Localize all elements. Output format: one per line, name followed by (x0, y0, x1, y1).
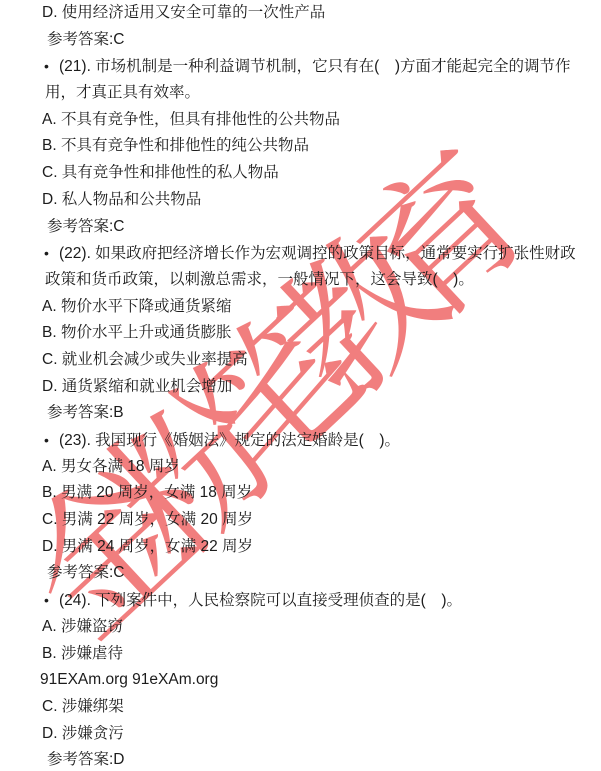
question-text: (23). 我国现行《婚姻法》规定的法定婚龄是( )。 (59, 432, 400, 449)
question-line: •(23). 我国现行《婚姻法》规定的法定婚龄是( )。 (0, 427, 601, 454)
answer-line: 参考答案:B (0, 400, 601, 427)
option-line: D. 男满 24 周岁，女满 22 周岁 (0, 534, 601, 561)
question-line: •(22). 如果政府把经济增长作为宏观调控的政策目标，通常要实行扩张性财政 (0, 240, 601, 267)
answer-line: 参考答案:C (0, 214, 601, 241)
question-text: (24). 下列案件中，人民检察院可以直接受理侦查的是( )。 (59, 592, 462, 609)
option-line: D. 使用经济适用又安全可靠的一次性产品 (0, 0, 601, 27)
option-line: C. 具有竞争性和排他性的私人物品 (0, 160, 601, 187)
site-reference-line: 91EXAm.org 91eXAm.org (0, 667, 601, 694)
bullet-icon: • (44, 587, 59, 614)
answer-line: 参考答案:C (0, 27, 601, 54)
bullet-icon: • (44, 240, 59, 267)
document-content: D. 使用经济适用又安全可靠的一次性产品参考答案:C•(21). 市场机制是一种… (0, 0, 601, 771)
option-line: A. 不具有竞争性，但具有排他性的公共物品 (0, 107, 601, 134)
option-line: D. 涉嫌贪污 (0, 721, 601, 748)
option-line: C. 男满 22 周岁，女满 20 周岁 (0, 507, 601, 534)
document-page: 金粉笔教育 D. 使用经济适用又安全可靠的一次性产品参考答案:C•(21). 市… (0, 0, 601, 771)
option-line: D. 私人物品和公共物品 (0, 187, 601, 214)
question-text: (21). 市场机制是一种利益调节机制，它只有在( )方面才能起完全的调节作 (59, 58, 571, 75)
option-line: C. 就业机会减少或失业率提高 (0, 347, 601, 374)
option-line: B. 物价水平上升或通货膨胀 (0, 320, 601, 347)
question-line: •(24). 下列案件中，人民检察院可以直接受理侦查的是( )。 (0, 587, 601, 614)
option-line: B. 不具有竞争性和排他性的纯公共物品 (0, 133, 601, 160)
question-text: (22). 如果政府把经济增长作为宏观调控的政策目标，通常要实行扩张性财政 (59, 245, 576, 262)
option-line: A. 涉嫌盗窃 (0, 614, 601, 641)
option-line: C. 涉嫌绑架 (0, 694, 601, 721)
option-line: D. 通货紧缩和就业机会增加 (0, 374, 601, 401)
option-line: A. 男女各满 18 周岁 (0, 454, 601, 481)
answer-line: 参考答案:D (0, 747, 601, 771)
option-line: A. 物价水平下降或通货紧缩 (0, 294, 601, 321)
text-line: 用，才真正具有效率。 (0, 80, 601, 107)
option-line: B. 涉嫌虐待 (0, 641, 601, 668)
answer-line: 参考答案:C (0, 560, 601, 587)
option-line: B. 男满 20 周岁，女满 18 周岁 (0, 480, 601, 507)
bullet-icon: • (44, 427, 59, 454)
text-line: 政策和货币政策，以刺激总需求，一般情况下，这会导致( )。 (0, 267, 601, 294)
bullet-icon: • (44, 53, 59, 80)
question-line: •(21). 市场机制是一种利益调节机制，它只有在( )方面才能起完全的调节作 (0, 53, 601, 80)
